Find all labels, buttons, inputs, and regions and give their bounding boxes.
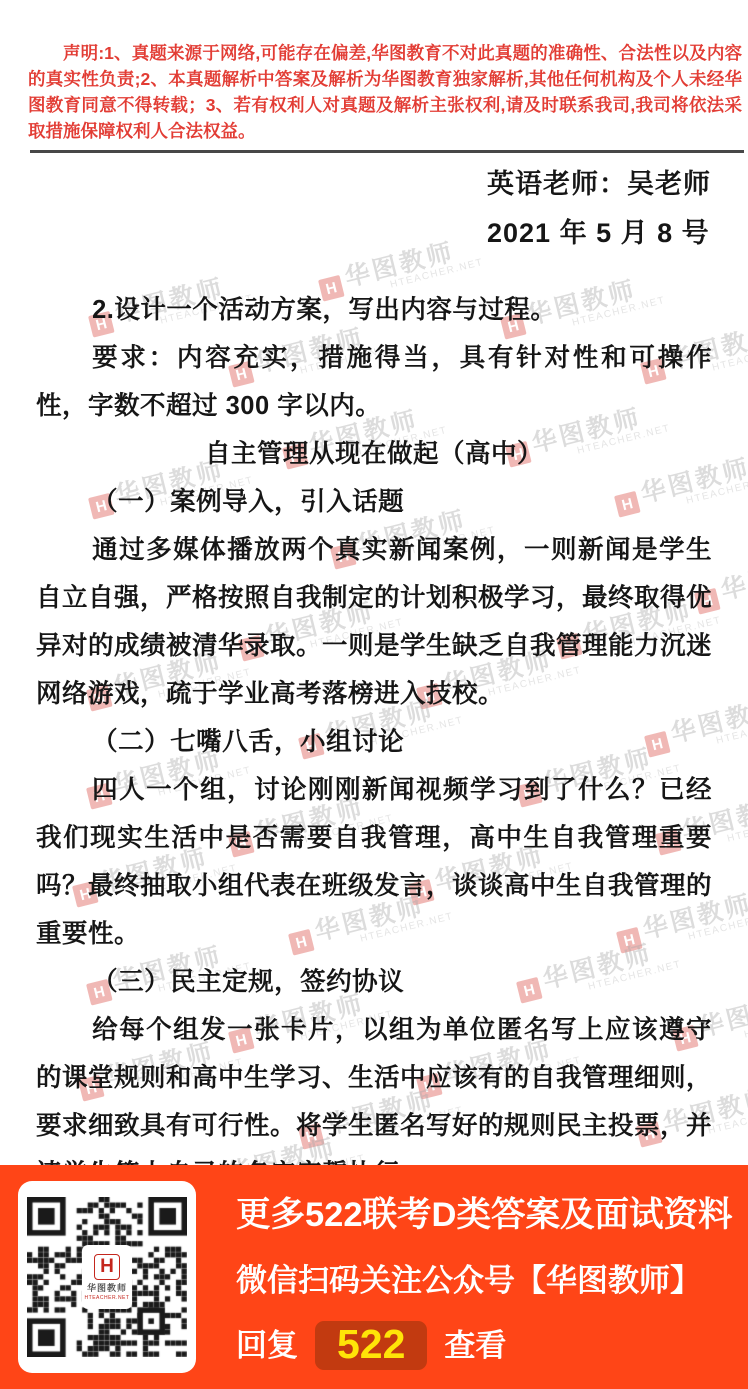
section1-paragraph: 通过多媒体播放两个真实新闻案例，一则新闻是学生自立自强，严格按照自我制定的计划积… [36, 526, 712, 718]
disclaimer-text: 1、真题来源于网络,可能存在偏差,华图教育不对此真题的准确性、合法性以及内容的真… [28, 43, 742, 141]
footer-reply-line: 回复 522 查看 [236, 1321, 732, 1370]
qr-center-logo: H 华图教师 HTEACHER.NET [82, 1245, 132, 1309]
footer-text-block: 更多522联考D类答案及面试资料 微信扫码关注公众号【华图教师】 回复 522 … [236, 1198, 732, 1370]
watermark-site: HTEACHER.NET [743, 1008, 748, 1041]
qr-logo-brand: 华图教师 [87, 1281, 127, 1294]
watermark-site: HTEACHER.NET [707, 1104, 748, 1137]
disclaimer-label: 声明: [63, 43, 104, 63]
huatu-logo-icon: H [94, 1254, 120, 1280]
watermark-site: HTEACHER.NET [711, 341, 748, 374]
lesson-title: 自主管理从现在做起（高中） [36, 430, 712, 478]
section1-heading: （一）案例导入，引入话题 [36, 478, 712, 526]
qr-code: H 华图教师 HTEACHER.NET [18, 1181, 196, 1373]
teacher-line: 英语老师：吴老师 [487, 162, 711, 201]
reply-code-badge: 522 [315, 1321, 427, 1370]
disclaimer: 声明:1、真题来源于网络,可能存在偏差,华图教育不对此真题的准确性、合法性以及内… [28, 40, 742, 144]
date-line: 2021 年 5 月 8 号 [487, 211, 710, 250]
section2-paragraph: 四人一个组，讨论刚刚新闻视频学习到了什么？已经我们现实生活中是否需要自我管理，高… [36, 766, 712, 958]
qr-logo-site: HTEACHER.NET [85, 1295, 130, 1301]
watermark-site: HTEACHER.NET [726, 812, 748, 845]
footer-subline: 微信扫码关注公众号【华图教师】 [236, 1265, 732, 1296]
watermark-brand: 华图教师 [342, 233, 482, 292]
view-label: 查看 [444, 1330, 506, 1361]
promo-footer: H 华图教师 HTEACHER.NET 更多522联考D类答案及面试资料 微信扫… [0, 1165, 748, 1389]
divider [30, 150, 744, 153]
watermark-site: HTEACHER.NET [715, 714, 748, 747]
document-body: 2.设计一个活动方案，写出内容与过程。 要求：内容充实，措施得当，具有针对性和可… [36, 286, 712, 1198]
requirements-paragraph: 要求：内容充实，措施得当，具有针对性和可操作性，字数不超过 300 字以内。 [36, 334, 712, 430]
watermark-brand: 华图教师 [718, 546, 748, 605]
reply-label: 回复 [236, 1330, 298, 1361]
footer-headline: 更多522联考D类答案及面试资料 [236, 1198, 732, 1233]
section2-heading: （二）七嘴八舌，小组讨论 [36, 718, 712, 766]
document-page: H华图教师HTEACHER.NETH华图教师HTEACHER.NETH华图教师H… [0, 0, 748, 1389]
section3-heading: （三）民主定规，签约协议 [36, 958, 712, 1006]
question-paragraph: 2.设计一个活动方案，写出内容与过程。 [36, 286, 712, 334]
